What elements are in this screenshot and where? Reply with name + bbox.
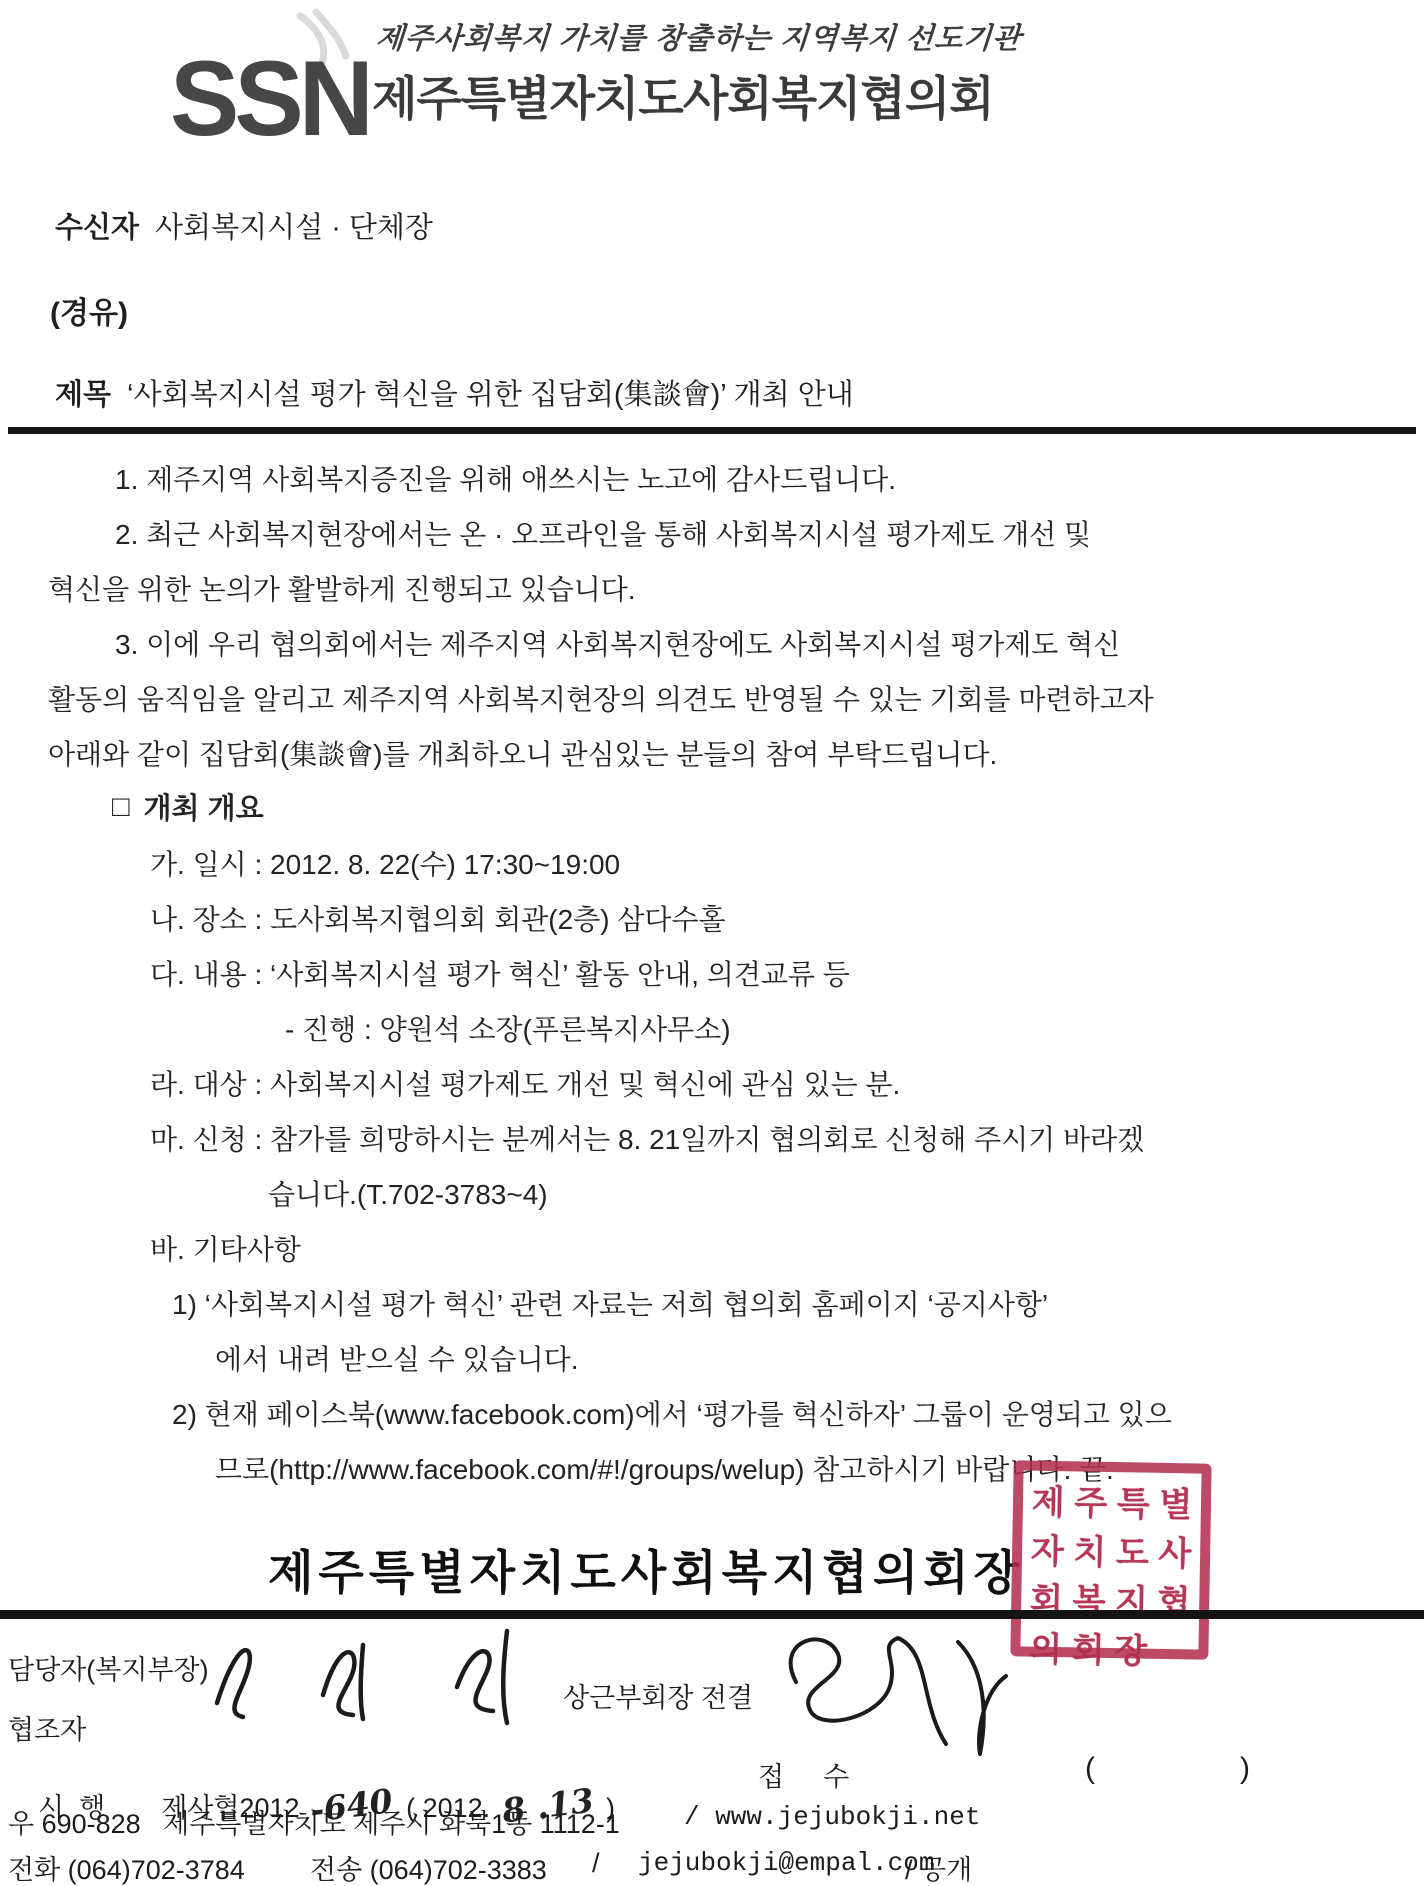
postal-address: 우 690-828 제주특별자치도 제주시 화북1동 1112-1 [8,1802,620,1841]
receipt-paren-close: ) [1240,1752,1250,1786]
overview-heading: □개최 개요 [0,782,1424,837]
overview-line: 습니다.(T.702-3783~4) [0,1167,1424,1222]
closing-title: 제주특별자치도사회복지협의회장 [268,1536,1024,1603]
receipt-paren-open: ( [1085,1752,1095,1786]
seal-char: 제 [1027,1475,1070,1525]
fax-number: 전송 (064)702-3383 [310,1848,547,1886]
overview-line: 마. 신청 : 참가를 희망하시는 분께서는 8. 21일까지 협의회로 신청해… [0,1112,1424,1167]
document-page: SSN 제주사회복지 가치를 창출하는 지역복지 선도기관 제주특별자치도사회복… [0,0,1424,1886]
seal-char: 치 [1068,1524,1111,1574]
manager-signature [195,1615,565,1735]
title-divider [8,427,1416,434]
body-line: 2. 최근 사회복지현장에서는 온 · 오프라인을 통해 사회복지시설 평가제도… [0,507,1424,562]
subject-row: 제목‘사회복지시설 평가 혁신을 위한 집담회(集談會)’ 개최 안내 [55,372,854,413]
document-body: 1. 제주지역 사회복지증진을 위해 애쓰시는 노고에 감사드립니다. 2. 최… [0,452,1424,1497]
seal-char: 특 [1112,1476,1155,1526]
subject-label: 제목 [55,379,111,411]
overview-line: 라. 대상 : 사회복지시설 평가제도 개선 및 혁신에 관심 있는 분. [0,1057,1424,1112]
phone-number: 전화 (064)702-3784 [8,1848,245,1886]
website-url: / www.jejubokji.net [684,1802,980,1832]
disclosure-label: / 공개 [905,1848,972,1886]
separator-slash: / [592,1848,600,1879]
body-line: 혁신을 위한 논의가 활발하게 진행되고 있습니다. [0,562,1424,617]
deputy-signature [748,1612,1088,1762]
overview-line: 바. 기타사항 [0,1222,1424,1277]
recipient-value: 사회복지시설 · 단체장 [155,212,433,244]
email-address: jejubokji@empal.com [638,1848,934,1878]
overview-line: 나. 장소 : 도사회복지협의회 회관(2층) 삼다수홀 [0,892,1424,947]
subject-value: ‘사회복지시설 평가 혁신을 위한 집담회(集談會)’ 개최 안내 [127,379,854,411]
seal-char: 주 [1069,1475,1112,1525]
body-line: 아래와 같이 집담회(集談會)를 개최하오니 관심있는 분들의 참여 부탁드립니… [0,727,1424,782]
body-line: 활동의 움직임을 알리고 제주지역 사회복지현장의 의견도 반영될 수 있는 기… [0,672,1424,727]
overview-line: - 진행 : 양원석 소장(푸른복지사무소) [0,1002,1424,1057]
seal-char: 자 [1026,1524,1069,1574]
seal-char: 별 [1154,1477,1197,1527]
seal-char: 도 [1111,1525,1154,1575]
seal-char: 장 [1109,1623,1152,1673]
org-name: 제주특별자치도사회복지협의회 [372,62,994,129]
body-line: 1. 제주지역 사회복지증진을 위해 애쓰시는 노고에 감사드립니다. [0,452,1424,507]
recipient-row: 수신자사회복지시설 · 단체장 [55,205,433,246]
overview-line: 2) 현재 페이스북(www.facebook.com)에서 ‘평가를 혁신하자… [0,1387,1424,1442]
overview-heading-label: 개최 개요 [144,793,264,825]
seal-char [1152,1624,1195,1674]
ssn-logo: SSN [170,38,369,161]
header-slogan: 제주사회복지 가치를 창출하는 지역복지 선도기관 [375,16,1023,57]
seal-char: 사 [1153,1526,1196,1576]
overview-line: 에서 내려 받으실 수 있습니다. [0,1332,1424,1387]
receipt-label: 접 수 [758,1755,857,1794]
square-bullet-icon: □ [112,780,130,835]
via-line: (경유) [50,288,128,332]
deputy-approval-label: 상근부회장 전결 [563,1676,753,1715]
cooperator-label: 협조자 [8,1708,86,1747]
overview-line: 가. 일시 : 2012. 8. 22(수) 17:30~19:00 [0,837,1424,892]
overview-line: 1) ‘사회복지시설 평가 혁신’ 관련 자료는 저희 협의회 홈페이지 ‘공지… [0,1277,1424,1332]
overview-line: 다. 내용 : ‘사회복지시설 평가 혁신’ 활동 안내, 의견교류 등 [0,947,1424,1002]
recipient-label: 수신자 [55,212,139,244]
manager-label: 담당자(복지부장) [8,1648,209,1687]
body-line: 3. 이에 우리 협의회에서는 제주지역 사회복지현장에도 사회복지시설 평가제… [0,617,1424,672]
